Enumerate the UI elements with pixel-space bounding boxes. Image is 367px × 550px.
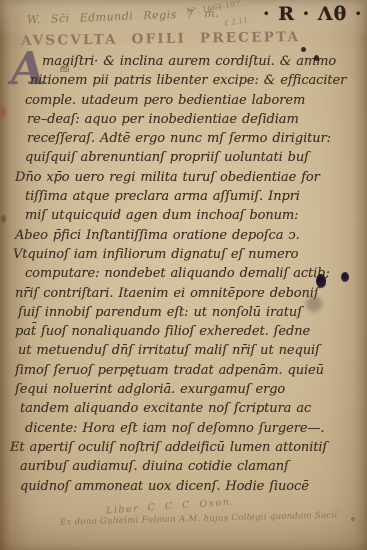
manuscript-line-20: dicente: Hora eſt iam noſ deſomno ſurger… [10, 419, 361, 438]
manuscript-line-12: computare: nondebet aliquando demaliſ ac… [10, 264, 361, 283]
incipit-heading: AVSCVLTA OFILI PRECEPTA [21, 29, 300, 49]
smudge-stain [306, 296, 322, 312]
manuscript-line-8: tiſſima atque preclara arma aſſumiſ. Inp… [10, 187, 361, 206]
ink-dot [314, 55, 319, 61]
manuscript-line-23: quidnoſ ammoneat uox dicenſ. Hodie ſiuoc… [10, 477, 361, 496]
manuscript-page: W. Sc̄i Edmundi Regis 7 m̄. N°. 1664-197… [0, 0, 367, 550]
manuscript-line-22: auribuſ audiamuſ. diuina cotidie clamanſ [10, 457, 361, 476]
manuscript-line-5: receſſeraſ. Adtē ergo nunc mſ ſermo diri… [10, 129, 361, 148]
manuscript-line-4: re–deaſ: aquo per inobedientiae deſidiam [10, 110, 361, 129]
manuscript-line-1: magiſtri· & inclina aurem cordiſtui. & a… [10, 52, 361, 71]
manuscript-line-10: Abeo p̄fici Inſtantiſſima oratione depoſ… [10, 226, 361, 245]
manuscript-line-6: quiſquiſ abrenuntianſ propriiſ uoluntati… [10, 148, 361, 167]
manuscript-line-18: ſequi noluerint adgloriā. exurgamuſ ergo [10, 380, 361, 399]
body-text: magiſtri· & inclina aurem cordiſtui. & a… [10, 52, 361, 496]
price-mark: £ 2.11. [224, 15, 251, 28]
ink-blot [341, 272, 349, 282]
corner-speck [351, 517, 355, 521]
manuscript-line-2: nitionem pii patris libenter excipe: & e… [10, 71, 361, 90]
ink-blot [316, 274, 326, 288]
manuscript-line-7: Dn̄o xp̄o uero regi milita turuſ obedien… [10, 168, 361, 187]
manuscript-line-17: ſimoſ ſeruoſ perpętuam tradat adpenām. q… [10, 361, 361, 380]
manuscript-line-21: Et apertiſ oculiſ noſtriſ addeificū lume… [10, 438, 361, 457]
shelfmark: · R · Λθ · [263, 3, 363, 25]
edge-stain [1, 215, 6, 223]
manuscript-line-11: Vtquinoſ iam infiliorum dignatuſ eſ nume… [10, 245, 361, 264]
manuscript-line-3: comple. utadeum pero bedientiae laborem [10, 91, 361, 110]
donation-inscription: Ex dono Gulielmi Fulman A.M. hujus Colle… [60, 510, 341, 527]
edge-stain [0, 106, 6, 118]
manuscript-line-19: tandem aliquando excitante noſ ſcriptura… [10, 399, 361, 418]
manuscript-line-9: miſ utquicquid agen dum inchoaſ bonum: [10, 206, 361, 225]
ink-dot [301, 47, 306, 52]
manuscript-line-15: pat̄ ſuoſ nonaliquando filioſ exheredet.… [10, 322, 361, 341]
manuscript-line-16: ut metuenduſ dn̄ſ irritatuſ maliſ nr̄iſ … [10, 341, 361, 360]
